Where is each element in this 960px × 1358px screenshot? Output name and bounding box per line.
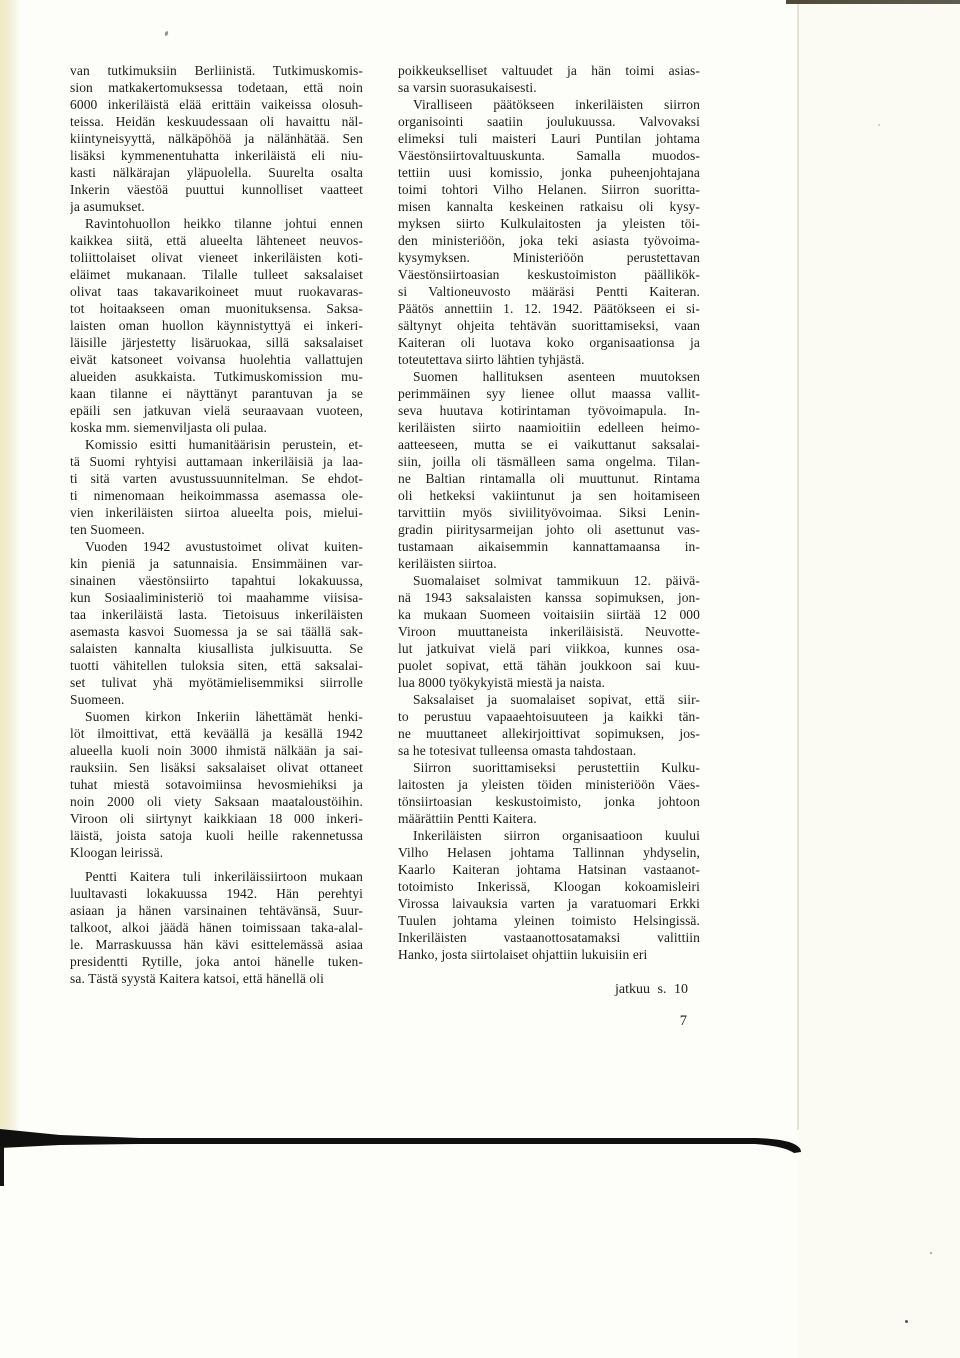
text-line: määrättiin Pentti Kaitera.: [398, 810, 700, 827]
text-line: läisille järjestetty lisäruokaa, sillä s…: [70, 334, 363, 351]
text-line: vien inkeriläisten siirtoa alueelta pois…: [70, 504, 363, 521]
text-line: Viroon muuttaneista inkeriläisistä. Neuv…: [398, 623, 700, 640]
text-line: alueella kuoli noin 3000 ihmistä nälkään…: [70, 742, 363, 759]
text-line: koska mm. siemenviljasta oli pulaa.: [70, 419, 363, 436]
text-line: den ministeriöön, joka teki asiasta työv…: [398, 232, 700, 249]
scan-artifact-top-line: [786, 0, 960, 4]
text-line: Viroon oli siirtynyt kaikkiaan 18 000 in…: [70, 810, 363, 827]
text-line: set tulivat yhä myötämielisemmiksi siirr…: [70, 674, 363, 691]
text-line: Siirron suorittamiseksi perustettiin Kul…: [398, 759, 700, 776]
text-line: Ravintohuollon heikko tilanne johtui enn…: [70, 215, 363, 232]
text-line: van tutkimuksiin Berliinistä. Tutkimusko…: [70, 62, 363, 79]
text-line: tustamaan aikaisemmin kannattamaansa in-: [398, 538, 700, 555]
text-line: eläimet mukanaan. Tilalle tulleet saksal…: [70, 266, 363, 283]
text-line: tuhat miestä sotavoimiinsa hevosmiehiksi…: [70, 776, 363, 793]
text-line: toimi tohtori Vilho Helanen. Siirron suo…: [398, 181, 700, 198]
text-line: kaikkea siitä, että alueelta lähteneet n…: [70, 232, 363, 249]
text-line: noin 2000 oli viety Saksaan maataloustöi…: [70, 793, 363, 810]
text-line: kiintyneisyyttä, nälkäpöhöä ja nälänhätä…: [70, 130, 363, 147]
text-line: Vilho Helasen johtama Tallinnan yhdyseli…: [398, 844, 700, 861]
text-line: salaisten kannalta kiusallista julkisuut…: [70, 640, 363, 657]
text-line: Suomalaiset solmivat tammikuun 12. päivä…: [398, 572, 700, 589]
text-line: Väestönsiirtoasian keskustoimiston pääll…: [398, 266, 700, 283]
text-line: talkoot, alkoi jäädä hänen toimissaan ta…: [70, 919, 363, 936]
text-line: Hanko, josta siirtolaiset ohjattiin luku…: [398, 946, 700, 963]
text-line: Tuulen johtama yleinen toimisto Helsingi…: [398, 912, 700, 929]
right-column: poikkeukselliset valtuudet ja hän toimi …: [398, 62, 700, 987]
text-line: kasti nälkärajan yläpuolella. Suurelta o…: [70, 164, 363, 181]
scan-speck: [930, 1252, 932, 1254]
text-line: taa inkeriläistä lasta. Tietoisuus inker…: [70, 606, 363, 623]
scan-speck: [905, 1320, 908, 1323]
text-line: asiaan ja hänen varsinainen tehtävänsä, …: [70, 902, 363, 919]
text-line: sion matkakertomuksessa todetaan, että n…: [70, 79, 363, 96]
paragraph: Inkeriläisten siirron organisaatioon kuu…: [398, 827, 700, 963]
text-line: keriläisten siirtoa.: [398, 555, 700, 572]
text-line: kin pieniä ja satunnaisia. Ensimmäinen v…: [70, 555, 363, 572]
text-line: lisäksi kymmenentuhatta inkeriläistä eli…: [70, 147, 363, 164]
continuation-note: jatkuu s. 10: [398, 982, 688, 998]
paragraph: Suomen kirkon Inkeriin lähettämät henki-…: [70, 708, 363, 861]
text-line: lut jatkuivat vielä pari viikkoa, kunnes…: [398, 640, 700, 657]
text-line: tarvittiin myös siviilityövoimaa. Siksi …: [398, 504, 700, 521]
text-line: toliittolaiset olivat vieneet inkeriläis…: [70, 249, 363, 266]
text-line: myksen siirto Kulkulaitosten ja yleisten…: [398, 215, 700, 232]
text-line: asemasta kasvoi Suomessa ja se sai tääll…: [70, 623, 363, 640]
text-line: sa he totesivat tulleensa omasta tahdost…: [398, 742, 700, 759]
text-line: lua 8000 työkykyistä miestä ja naista.: [398, 674, 700, 691]
text-line: tettiin uusi komissio, jonka puheenjohta…: [398, 164, 700, 181]
text-line: poikkeukselliset valtuudet ja hän toimi …: [398, 62, 700, 79]
text-line: läistä, joista satoja kuoli heille raken…: [70, 827, 363, 844]
text-line: sa. Tästä syystä Kaitera katsoi, että hä…: [70, 970, 363, 987]
scan-speck: [164, 31, 168, 37]
text-line: seva huutava kotirintaman työvoimapula. …: [398, 402, 700, 419]
text-line: kysymyksen. Ministeriöön perustettavan: [398, 249, 700, 266]
text-line: tä Suomi ryhtyisi auttamaan inkeriläisiä…: [70, 453, 363, 470]
text-line: sa varsin suorasukaisesti.: [398, 79, 700, 96]
text-line: ja asumukset.: [70, 198, 363, 215]
text-line: laisten oman huollon käynnistyttyä ei in…: [70, 317, 363, 334]
text-line: Kaarlo Kaiteran johtama Hatsinan vastaan…: [398, 861, 700, 878]
text-line: gradin piiritysarmeijan johto oli asettu…: [398, 521, 700, 538]
left-column: van tutkimuksiin Berliinistä. Tutkimusko…: [70, 62, 363, 987]
text-line: Inkeriläisten vastaanottosatamaksi valit…: [398, 929, 700, 946]
text-line: ne Baltian rintamalla oli muuttunut. Rin…: [398, 470, 700, 487]
text-line: teissa. Heidän keskuudessaan oli havaitt…: [70, 113, 363, 130]
text-line: Vuoden 1942 avustustoimet olivat kuiten-: [70, 538, 363, 555]
scan-artifact-bottom-band: [0, 1126, 810, 1196]
page-edge-line: [797, 2, 799, 1130]
text-line: Väestönsiirtovaltuuskunta. Samalla muodo…: [398, 147, 700, 164]
text-columns: van tutkimuksiin Berliinistä. Tutkimusko…: [70, 62, 700, 987]
text-line: 6000 inkeriläistä elää erittäin vaikeiss…: [70, 96, 363, 113]
text-line: si Valtioneuvosto määräsi Pentti Kaitera…: [398, 283, 700, 300]
text-line: Viralliseen päätökseen inkeriläisten sii…: [398, 96, 700, 113]
text-line: Kloogan leirissä.: [70, 844, 363, 861]
text-line: Suomeen.: [70, 691, 363, 708]
paragraph: Ravintohuollon heikko tilanne johtui enn…: [70, 215, 363, 436]
text-line: luultavasti lokakuussa 1942. Hän perehty…: [70, 885, 363, 902]
scan-speck: [878, 124, 880, 126]
text-line: kun Sosiaaliministeriö toi maahamme viis…: [70, 589, 363, 606]
text-line: kaan tilanne ei näyttänyt parantuvan ja …: [70, 385, 363, 402]
text-line: to perustuu vapaaehtoisuuteen ja kaikki …: [398, 708, 700, 725]
text-line: tönsiirtoasian keskustoimisto, jonka joh…: [398, 793, 700, 810]
page-number: 7: [398, 1013, 687, 1030]
paragraph: Suomalaiset solmivat tammikuun 12. päivä…: [398, 572, 700, 691]
text-line: löt ilmoittivat, että keväällä ja kesäll…: [70, 725, 363, 742]
text-line: ne muuttaneet allekirjoittivat sopimukse…: [398, 725, 700, 742]
text-line: Saksalaiset ja suomalaiset sopivat, että…: [398, 691, 700, 708]
text-line: perimmäinen syy lienee ollut maassa vall…: [398, 385, 700, 402]
text-line: toteutettava siirto lähtien tyhjästä.: [398, 351, 700, 368]
text-line: misen kannalta keskeinen ratkaisu oli ky…: [398, 198, 700, 215]
text-line: sinainen väestönsiirto tapahtui lokakuus…: [70, 572, 363, 589]
text-line: le. Marraskuussa hän kävi esittelemässä …: [70, 936, 363, 953]
text-line: oli hetkeksi vakiintunut ja sen hoitamis…: [398, 487, 700, 504]
text-line: Suomen hallituksen asenteen muutoksen: [398, 368, 700, 385]
scanner-background: [798, 0, 960, 1358]
paragraph: poikkeukselliset valtuudet ja hän toimi …: [398, 62, 700, 96]
text-line: ti nimenomaan heikoimmassa asemassa ole-: [70, 487, 363, 504]
paragraph: van tutkimuksiin Berliinistä. Tutkimusko…: [70, 62, 363, 215]
paragraph: Suomen hallituksen asenteen muutoksenper…: [398, 368, 700, 572]
text-line: nä 1943 saksalaisten kanssa sopimuksen, …: [398, 589, 700, 606]
text-line: ti sitä varten avustussuunnitelman. Se e…: [70, 470, 363, 487]
text-line: siin, joilla oli täsmälleen sama ongelma…: [398, 453, 700, 470]
text-line: Päätös annettiin 1. 12. 1942. Päätökseen…: [398, 300, 700, 317]
text-line: elimeksi tuli maisteri Lauri Puntilan jo…: [398, 130, 700, 147]
paragraph: Viralliseen päätökseen inkeriläisten sii…: [398, 96, 700, 368]
text-line: Virossa laivauksia varten ja varatuomari…: [398, 895, 700, 912]
paragraph: Pentti Kaitera tuli inkeriläissiirtoon m…: [70, 868, 363, 987]
text-line: eivät katsoneet voivansa huolehtia valla…: [70, 351, 363, 368]
text-line: olivat taas takavarikoineet muut ruokava…: [70, 283, 363, 300]
text-line: puolet sopivat, että tähän joukkoon sai …: [398, 657, 700, 674]
text-line: Inkeriläisten siirron organisaatioon kuu…: [398, 827, 700, 844]
text-line: Komissio esitti humanitäärisin perustein…: [70, 436, 363, 453]
text-line: Kaiteran oli luotava koko organisaations…: [398, 334, 700, 351]
text-line: Suomen kirkon Inkeriin lähettämät henki-: [70, 708, 363, 725]
text-line: laitosten ja yleisten töiden ministeriöö…: [398, 776, 700, 793]
text-line: presidentti Rytille, joka antoi hänelle …: [70, 953, 363, 970]
paragraph: Saksalaiset ja suomalaiset sopivat, että…: [398, 691, 700, 759]
text-line: alueiden asukkaista. Tutkimuskomission m…: [70, 368, 363, 385]
text-line: rauksiin. Sen lisäksi saksalaiset olivat…: [70, 759, 363, 776]
text-line: Inkerin väestöä puuttui kunnolliset vaat…: [70, 181, 363, 198]
text-line: ka mukaan Suomeen voitaisiin siirtää 12 …: [398, 606, 700, 623]
paragraph: Komissio esitti humanitäärisin perustein…: [70, 436, 363, 538]
text-line: totoimisto Inkerissä, Kloogan kokoamisle…: [398, 878, 700, 895]
text-line: aatteeseen, mutta se ei vaikuttanut saks…: [398, 436, 700, 453]
text-line: epäili sen jatkuvan vielä seuraavaan vuo…: [70, 402, 363, 419]
text-line: keriläisten siirto naamioitiin edelleen …: [398, 419, 700, 436]
text-line: Pentti Kaitera tuli inkeriläissiirtoon m…: [70, 868, 363, 885]
text-line: sältynyt ohjeita tehtävän suorittamiseks…: [398, 317, 700, 334]
scanned-page: van tutkimuksiin Berliinistä. Tutkimusko…: [0, 0, 960, 1358]
text-line: organisointi saatiin joulukuussa. Valvov…: [398, 113, 700, 130]
paragraph: Siirron suorittamiseksi perustettiin Kul…: [398, 759, 700, 827]
binding-edge-strip: [0, 0, 20, 1146]
text-line: ten Suomeen.: [70, 521, 363, 538]
paragraph: Vuoden 1942 avustustoimet olivat kuiten-…: [70, 538, 363, 708]
text-line: tot hoitaakseen oman muonituksensa. Saks…: [70, 300, 363, 317]
text-line: tuotti vähitellen tuloksia siten, että s…: [70, 657, 363, 674]
scan-artifact-left-line: [0, 1146, 4, 1186]
